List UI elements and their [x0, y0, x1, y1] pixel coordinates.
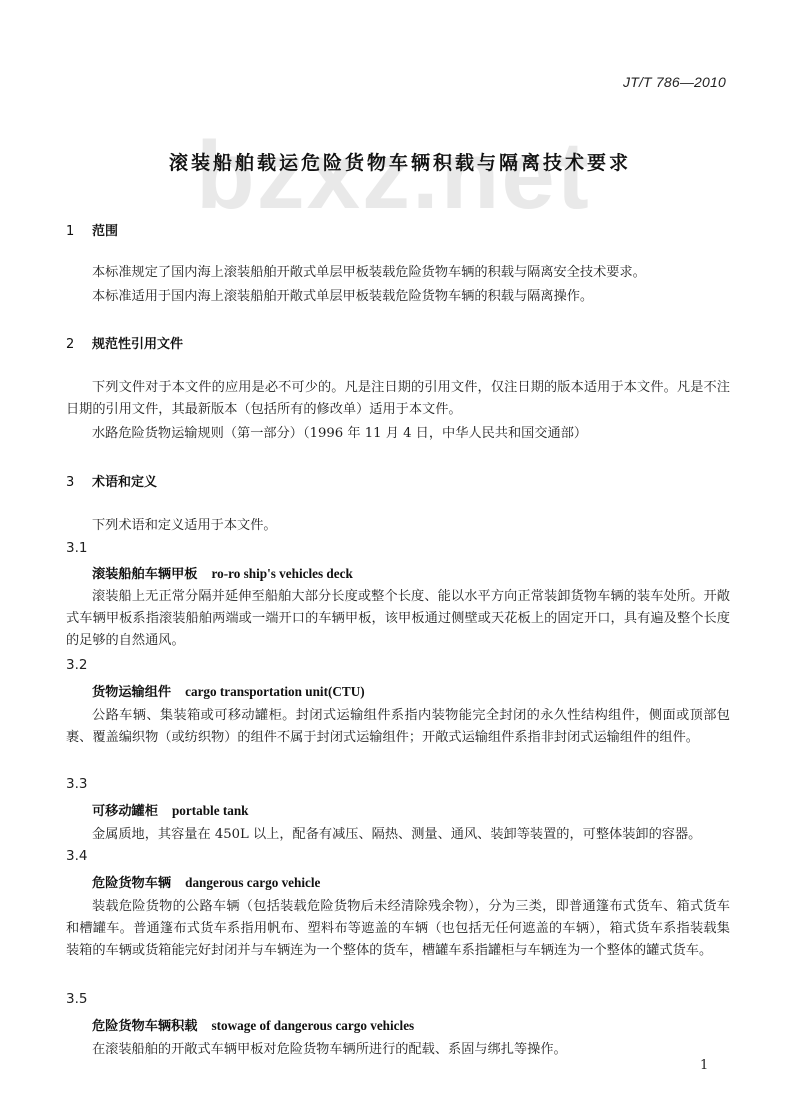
term-chinese: 货物运输组件 [92, 685, 171, 700]
paragraph: 本标准规定了国内海上滚装船舶开敞式单层甲板装载危险货物车辆的积载与隔离安全技术要… [66, 262, 730, 284]
term-definition: 金属质地，其容量在 450L 以上，配备有减压、隔热、测量、通风、装卸等装置的，… [66, 824, 730, 846]
term-definition: 公路车辆、集装箱或可移动罐柜。封闭式运输组件系指内装物能完全封闭的永久性结构组件… [66, 705, 730, 749]
paragraph: 下列术语和定义适用于本文件。 [66, 515, 730, 537]
section-number: 1 [66, 224, 92, 239]
section-title: 范围 [92, 224, 118, 239]
term-chinese: 可移动罐柜 [92, 804, 158, 819]
section-heading-normative-references: 2规范性引用文件 [66, 333, 183, 352]
term-heading: 可移动罐柜portable tank [92, 800, 249, 819]
term-heading: 危险货物车辆dangerous cargo vehicle [92, 872, 320, 891]
watermark: bzxz.net [196, 128, 591, 224]
standard-code: JT/T 786—2010 [623, 74, 726, 90]
page-number: 1 [700, 1058, 708, 1073]
term-english: cargo transportation unit(CTU) [185, 684, 365, 699]
term-chinese: 危险货物车辆 [92, 876, 171, 891]
term-english: dangerous cargo vehicle [185, 875, 320, 890]
paragraph: 水路危险货物运输规则（第一部分）（1996 年 11 月 4 日，中华人民共和国… [66, 423, 730, 445]
clause-number: 3.3 [66, 776, 87, 792]
section-number: 2 [66, 337, 92, 352]
term-heading: 货物运输组件cargo transportation unit(CTU) [92, 681, 365, 700]
term-definition: 装载危险货物的公路车辆（包括装载危险货物后未经清除残余物），分为三类，即普通篷布… [66, 896, 730, 962]
section-title: 规范性引用文件 [92, 337, 183, 352]
term-definition: 在滚装船舶的开敞式车辆甲板对危险货物车辆所进行的配载、系固与绑扎等操作。 [66, 1039, 730, 1061]
paragraph: 下列文件对于本文件的应用是必不可少的。凡是注日期的引用文件，仅注日期的版本适用于… [66, 377, 730, 421]
clause-number: 3.4 [66, 848, 87, 864]
term-english: ro-ro ship's vehicles deck [212, 566, 353, 581]
document-title: 滚装船舶载运危险货物车辆积载与隔离技术要求 [0, 148, 800, 175]
term-english: stowage of dangerous cargo vehicles [212, 1018, 415, 1033]
paragraph: 本标准适用于国内海上滚装船舶开敞式单层甲板装载危险货物车辆的积载与隔离操作。 [66, 286, 730, 308]
term-english: portable tank [172, 803, 249, 818]
term-chinese: 危险货物车辆积载 [92, 1019, 198, 1034]
section-number: 3 [66, 475, 92, 490]
clause-number: 3.1 [66, 540, 87, 556]
term-heading: 危险货物车辆积载stowage of dangerous cargo vehic… [92, 1015, 414, 1034]
section-heading-terms-and-definitions: 3术语和定义 [66, 471, 157, 490]
clause-number: 3.5 [66, 991, 87, 1007]
section-heading-scope: 1范围 [66, 220, 118, 239]
term-chinese: 滚装船舶车辆甲板 [92, 567, 198, 582]
term-definition: 滚装船上无正常分隔并延伸至船舶大部分长度或整个长度、能以水平方向正常装卸货物车辆… [66, 586, 730, 652]
term-heading: 滚装船舶车辆甲板ro-ro ship's vehicles deck [92, 563, 353, 582]
clause-number: 3.2 [66, 657, 87, 673]
section-title: 术语和定义 [92, 475, 157, 490]
